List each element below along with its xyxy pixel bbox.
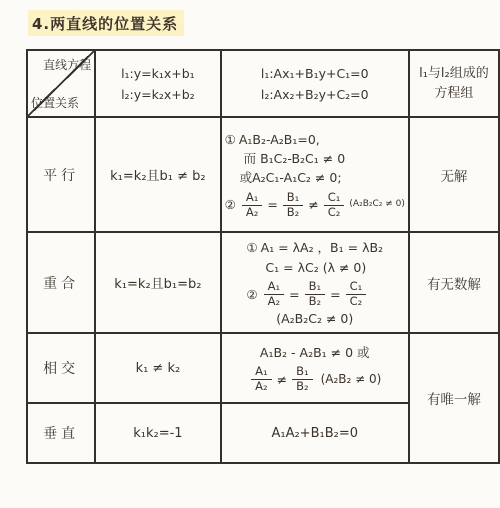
perpendicular-general-condition: A₁A₂+B₁B₂=0: [221, 403, 409, 463]
circled-two-marker: ②: [225, 195, 236, 214]
intersect-general-condition: A₁B₂ - A₂B₁ ≠ 0 或 A₁A₂ ≠ B₁B₂ (A₂B₂ ≠ 0): [248, 343, 381, 394]
coincident-note: (A₂B₂C₂ ≠ 0): [246, 311, 383, 326]
not-equals-sign: ≠: [277, 370, 287, 389]
general-form-equation-l2: l₂:Ax₂+B₂y+C₂=0: [225, 87, 405, 102]
header-row: 直线方程 位置关系 l₁:y=k₁x+b₁ l₂:y=k₂x+b₂ l₁:Ax₁…: [27, 50, 499, 117]
parallel-row-label: 平行: [27, 117, 95, 232]
coincident-fraction-line: ② A₁A₂ = B₁B₂ = C₁C₂: [246, 280, 383, 309]
line-equation-header-label: 直线方程: [43, 56, 91, 73]
general-form-header-cell: l₁:Ax₁+B₁y+C₁=0 l₂:Ax₂+B₂y+C₂=0: [221, 50, 409, 117]
coincident-condition-line1-text: A₁ = λA₂ ，B₁ = λB₂: [261, 240, 383, 255]
frac-numerator: C₁: [324, 191, 345, 206]
intersect-condition-line1: A₁B₂ - A₂B₁ ≠ 0 或: [248, 343, 381, 362]
system-header-label: l₁与l₂组成的方程组: [413, 64, 495, 103]
perpendicular-slope-condition: k₁k₂=-1: [95, 403, 220, 463]
frac-numerator: B₁: [305, 280, 326, 295]
general-form-equation-l1: l₁:Ax₁+B₁y+C₁=0: [225, 66, 405, 81]
slope-form-equation-l1: l₁:y=k₁x+b₁: [99, 66, 216, 81]
title-row: 4.两直线的位置关系: [28, 10, 500, 36]
row-parallel: 平行 k₁=k₂且b₁ ≠ b₂ ①A₁B₂-A₂B₁=0, 而 B₁C₂-B₂…: [27, 117, 499, 232]
intersect-slope-condition: k₁ ≠ k₂: [95, 333, 220, 403]
frac-denominator: B₂: [305, 295, 326, 309]
parallel-system-result: 无解: [409, 117, 499, 232]
fraction-c1-over-c2: C₁C₂: [324, 191, 345, 220]
equals-sign: =: [267, 195, 277, 214]
intersect-fraction-line: A₁A₂ ≠ B₁B₂ (A₂B₂ ≠ 0): [248, 365, 381, 394]
frac-numerator: C₁: [346, 280, 367, 295]
fraction-a1-over-a2: A₁A₂: [251, 365, 271, 394]
intersect-row-label: 相交: [27, 333, 95, 403]
coincident-slope-condition: k₁=k₂且b₁=b₂: [95, 232, 220, 333]
frac-numerator: A₁: [242, 191, 262, 206]
frac-numerator: A₁: [264, 280, 284, 295]
coincident-general-condition: ①A₁ = λA₂ ，B₁ = λB₂ C₁ = λC₂ (λ ≠ 0) ② A…: [246, 238, 383, 325]
fraction-b1-over-b2: B₁B₂: [305, 280, 326, 309]
fraction-b1-over-b2: B₁B₂: [283, 191, 304, 220]
intersect-general-condition-cell: A₁B₂ - A₂B₁ ≠ 0 或 A₁A₂ ≠ B₁B₂ (A₂B₂ ≠ 0): [221, 333, 409, 403]
intersect-perpendicular-system-result: 有唯一解: [409, 333, 499, 463]
coincident-system-result: 有无数解: [409, 232, 499, 333]
parallel-condition-line2: 而 B₁C₂-B₂C₁ ≠ 0: [225, 149, 405, 168]
line-relations-table: 直线方程 位置关系 l₁:y=k₁x+b₁ l₂:y=k₂x+b₂ l₁:Ax₁…: [26, 49, 500, 464]
row-coincident: 重合 k₁=k₂且b₁=b₂ ①A₁ = λA₂ ，B₁ = λB₂ C₁ = …: [27, 232, 499, 333]
coincident-condition-line2: C₁ = λC₂ (λ ≠ 0): [246, 258, 383, 277]
parallel-condition-line3: 或A₂C₁-A₁C₂ ≠ 0;: [225, 168, 405, 187]
row-intersect: 相交 k₁ ≠ k₂ A₁B₂ - A₂B₁ ≠ 0 或 A₁A₂ ≠ B₁B₂…: [27, 333, 499, 403]
parallel-condition-line1-text: A₁B₂-A₂B₁=0,: [239, 132, 320, 147]
system-header-cell: l₁与l₂组成的方程组: [409, 50, 499, 117]
parallel-general-condition-cell: ①A₁B₂-A₂B₁=0, 而 B₁C₂-B₂C₁ ≠ 0 或A₂C₁-A₁C₂…: [221, 117, 409, 232]
fraction-a1-over-a2: A₁A₂: [242, 191, 262, 220]
parallel-slope-condition: k₁=k₂且b₁ ≠ b₂: [95, 117, 220, 232]
frac-numerator: B₁: [283, 191, 304, 206]
frac-denominator: C₂: [346, 295, 367, 309]
circled-one-marker: ①: [225, 132, 236, 147]
coincident-general-condition-cell: ①A₁ = λA₂ ，B₁ = λB₂ C₁ = λC₂ (λ ≠ 0) ② A…: [221, 232, 409, 333]
frac-numerator: A₁: [251, 365, 271, 380]
slope-form-header-cell: l₁:y=k₁x+b₁ l₂:y=k₂x+b₂: [95, 50, 220, 117]
coincident-row-label: 重合: [27, 232, 95, 333]
equals-sign: =: [330, 285, 340, 304]
not-equals-sign: ≠: [308, 195, 318, 214]
slope-form-equation-l2: l₂:y=k₂x+b₂: [99, 87, 216, 102]
frac-denominator: B₂: [292, 380, 313, 394]
frac-denominator: C₂: [324, 206, 345, 220]
frac-denominator: A₂: [251, 380, 271, 394]
perpendicular-row-label: 垂直: [27, 403, 95, 463]
page-title: 4.两直线的位置关系: [28, 10, 184, 36]
frac-numerator: B₁: [292, 365, 313, 380]
parallel-side-note: (A₂B₂C₂ ≠ 0): [349, 198, 404, 212]
position-relation-header-label: 位置关系: [31, 94, 79, 111]
fraction-b1-over-b2: B₁B₂: [292, 365, 313, 394]
equals-sign: =: [289, 285, 299, 304]
circled-two-marker: ②: [246, 285, 257, 304]
parallel-condition-line1: ①A₁B₂-A₂B₁=0,: [225, 130, 405, 149]
fraction-c1-over-c2: C₁C₂: [346, 280, 367, 309]
frac-denominator: A₂: [242, 206, 262, 220]
notes-page: 4.两直线的位置关系 直线方程 位置关系 l₁:y=k₁x+b₁ l₂:y=k₂…: [0, 10, 500, 464]
corner-header-cell: 直线方程 位置关系: [27, 50, 95, 117]
frac-denominator: A₂: [264, 295, 284, 309]
intersect-note: (A₂B₂ ≠ 0): [321, 370, 382, 389]
frac-denominator: B₂: [283, 206, 304, 220]
parallel-general-condition: ①A₁B₂-A₂B₁=0, 而 B₁C₂-B₂C₁ ≠ 0 或A₂C₁-A₁C₂…: [225, 130, 405, 220]
circled-one-marker: ①: [246, 240, 257, 255]
fraction-a1-over-a2: A₁A₂: [264, 280, 284, 309]
parallel-fraction-line: ② A₁A₂ = B₁B₂ ≠ C₁C₂ (A₂B₂C₂ ≠ 0): [225, 191, 405, 220]
coincident-condition-line1: ①A₁ = λA₂ ，B₁ = λB₂: [246, 238, 383, 257]
